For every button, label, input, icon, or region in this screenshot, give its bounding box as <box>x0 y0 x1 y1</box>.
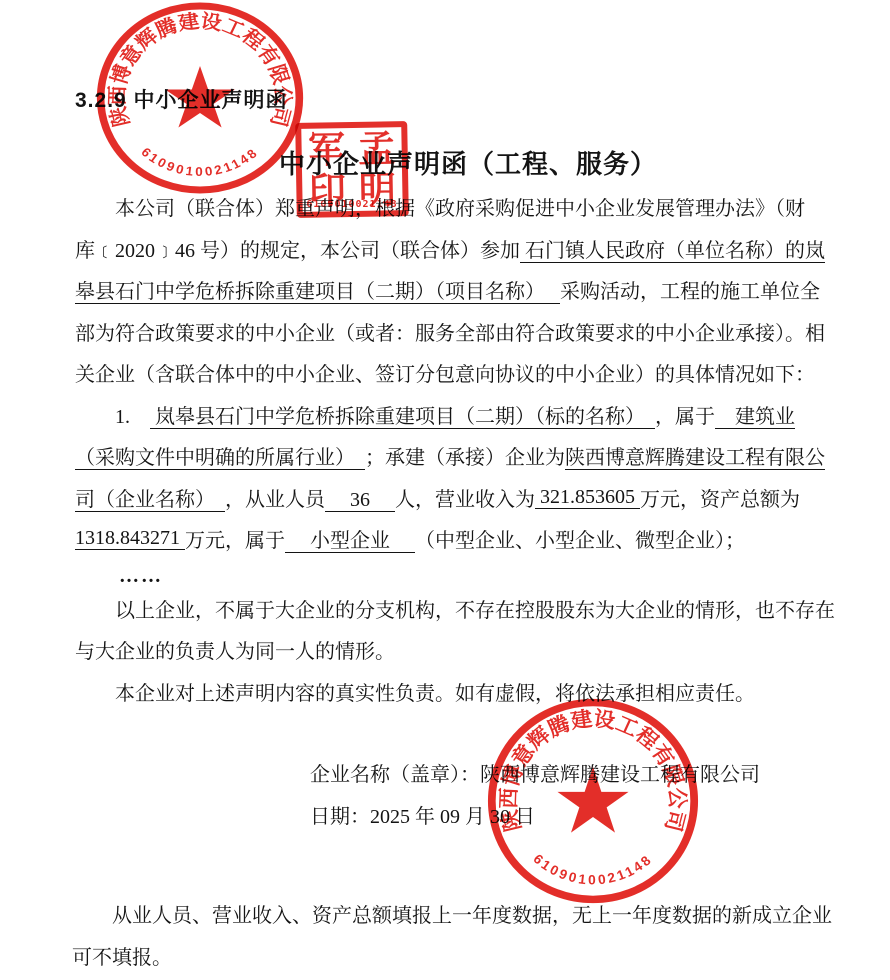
underlined-fill-in: 石门镇人民政府（单位名称）的岚 <box>520 234 825 263</box>
text-line: …… <box>75 560 865 588</box>
body-paragraphs: 本公司（联合体）郑重声明，根据《政府采购促进中小企业发展管理办法》（财库﹝202… <box>75 186 865 712</box>
text-line: 可不填报。 <box>72 935 832 977</box>
date-line: 日期：2025 年 09 月 30 日 <box>310 794 760 836</box>
underlined-fill-in: 321.853605 <box>535 486 640 509</box>
text-line: 关企业（含联合体中的中小企业、签订分包意向协议的中小企业）的具体情况如下： <box>75 352 865 394</box>
text-segment: 万元，属于 <box>185 524 285 553</box>
text-segment: ，属于 <box>655 400 715 429</box>
text-segment: 人，营业收入为 <box>395 483 535 512</box>
text-segment: 万元，资产总额为 <box>640 483 800 512</box>
company-name-line: 企业名称（盖章）：陕西博意辉腾建设工程有限公司 <box>310 752 760 794</box>
text-segment: 与大企业的负责人为同一人的情形。 <box>75 635 395 664</box>
underlined-fill-in: （采购文件中明确的所属行业） <box>75 441 365 470</box>
text-segment: 1. <box>75 400 150 429</box>
text-line: 1318.843271 万元，属于 小型企业 （中型企业、小型企业、微型企业）； <box>75 518 865 560</box>
underlined-fill-in: 建筑业 <box>715 400 795 429</box>
text-line: 库﹝2020﹞46 号）的规定，本公司（联合体）参加 石门镇人民政府（单位名称）… <box>75 228 865 270</box>
underlined-fill-in: 小型企业 <box>285 524 415 553</box>
underlined-fill-in: 1318.843271 <box>75 527 185 550</box>
text-line: 1. 岚皋县石门中学危桥拆除重建项目（二期）（标的名称） ，属于 建筑业 <box>75 394 865 436</box>
text-segment: 库﹝2020﹞46 号）的规定，本公司（联合体）参加 <box>75 234 520 263</box>
text-line: 司（企业名称） ，从业人员 36 人，营业收入为 321.853605 万元，资… <box>75 477 865 519</box>
signature-block: 企业名称（盖章）：陕西博意辉腾建设工程有限公司 日期：2025 年 09 月 3… <box>310 752 760 835</box>
text-segment: ；承建（承接）企业为 <box>365 441 565 470</box>
text-line: 部为符合政策要求的中小企业（或者：服务全部由符合政策要求的中小企业承接）。相 <box>75 311 865 353</box>
text-segment: 从业人员、营业收入、资产总额填报上一年度数据，无上一年度数据的新成立企业 <box>72 899 832 928</box>
seal-number-text: 6109010021148 <box>530 851 655 887</box>
text-segment: 本公司（联合体）郑重声明，根据《政府采购促进中小企业发展管理办法》（财 <box>75 192 805 221</box>
text-segment: 以上企业，不属于大企业的分支机构，不存在控股股东为大企业的情形，也不存在 <box>75 594 835 623</box>
underlined-fill-in: 皋县石门中学危桥拆除重建项目（二期）（项目名称） <box>75 275 560 304</box>
text-line: 本公司（联合体）郑重声明，根据《政府采购促进中小企业发展管理办法》（财 <box>75 186 865 228</box>
text-line: （采购文件中明确的所属行业） ；承建（承接）企业为陕西博意辉腾建设工程有限公 <box>75 435 865 477</box>
text-line: 本企业对上述声明内容的真实性负责。如有虚假，将依法承担相应责任。 <box>75 671 865 713</box>
underlined-fill-in: 岚皋县石门中学危桥拆除重建项目（二期）（标的名称） <box>150 400 655 429</box>
text-line: 从业人员、营业收入、资产总额填报上一年度数据，无上一年度数据的新成立企业 <box>72 893 832 935</box>
underlined-fill-in: 36 <box>325 483 395 512</box>
underlined-fill-in: 司（企业名称） <box>75 483 225 512</box>
underlined-fill-in: 陕西博意辉腾建设工程有限公 <box>565 441 825 470</box>
text-line: 皋县石门中学危桥拆除重建项目（二期）（项目名称） 采购活动，工程的施工单位全 <box>75 269 865 311</box>
footnote: 从业人员、营业收入、资产总额填报上一年度数据，无上一年度数据的新成立企业可不填报… <box>72 893 832 976</box>
text-segment: 可不填报。 <box>72 941 172 970</box>
text-segment: …… <box>75 559 163 588</box>
text-line: 以上企业，不属于大企业的分支机构，不存在控股股东为大企业的情形，也不存在 <box>75 588 865 630</box>
section-heading: 3.2.9 中小企业声明函 <box>75 84 288 114</box>
doc-title: 中小企业声明函（工程、服务） <box>0 144 890 181</box>
text-segment: 本企业对上述声明内容的真实性负责。如有虚假，将依法承担相应责任。 <box>75 677 755 706</box>
text-segment: （中型企业、小型企业、微型企业）； <box>415 524 745 553</box>
page-root: { "page": { "heading": "3.2.9 中小企业声明函", … <box>0 0 890 980</box>
text-segment: 关企业（含联合体中的中小企业、签订分包意向协议的中小企业）的具体情况如下： <box>75 358 815 387</box>
text-segment: 部为符合政策要求的中小企业（或者：服务全部由符合政策要求的中小企业承接）。相 <box>75 317 825 346</box>
text-line: 与大企业的负责人为同一人的情形。 <box>75 629 865 671</box>
text-segment: ，从业人员 <box>225 483 325 512</box>
text-segment: 采购活动，工程的施工单位全 <box>560 275 820 304</box>
